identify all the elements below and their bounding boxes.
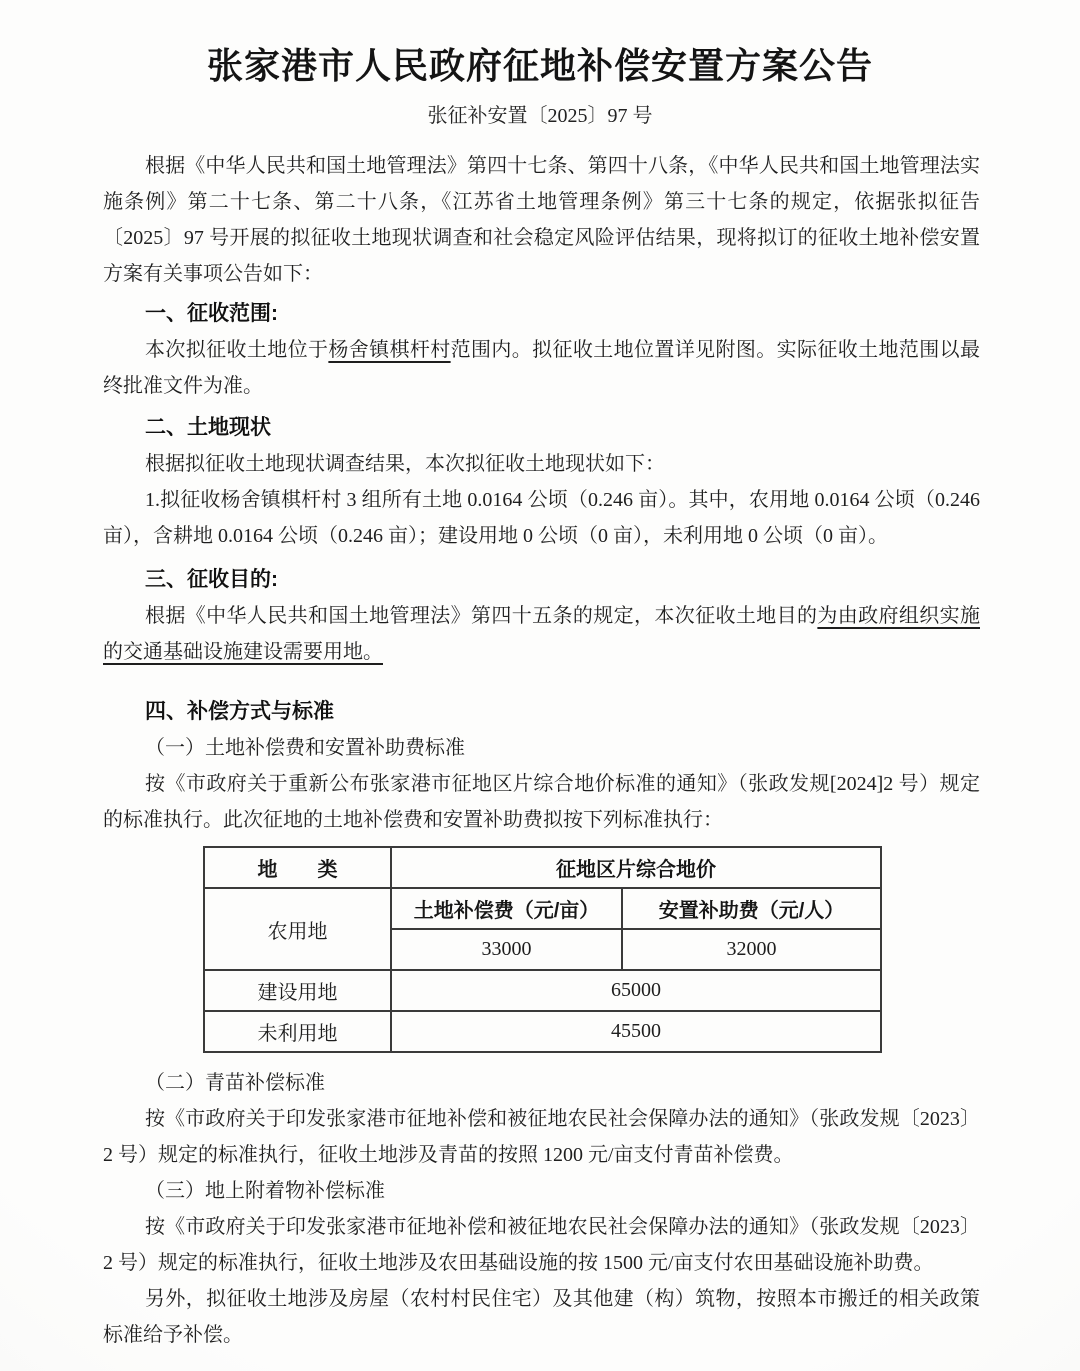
section-2-heading: 二、土地现状 [103, 410, 980, 446]
text-run: 本次拟征收土地位于 [145, 339, 328, 361]
subsection-1-paragraph: 按《市政府关于重新公布张家港市征地区片综合地价标准的通知》（张政发规[2024]… [103, 766, 980, 838]
subsection-3-paragraph: 按《市政府关于印发张家港市征地补偿和被征地农民社会保障办法的通知》（张政发规〔2… [103, 1209, 980, 1281]
section-3-heading: 三、征收目的: [103, 562, 980, 598]
construction-land-label-cell: 建设用地 [204, 970, 391, 1011]
resettlement-subsidy-header-cell: 安置补助费（元/人） [622, 888, 881, 929]
agricultural-resettlement-subsidy-value: 32000 [622, 929, 881, 970]
table-subheader-row: 农用地 土地补偿费（元/亩） 安置补助费（元/人） [204, 888, 881, 929]
document-body: 根据《中华人民共和国土地管理法》第四十七条、第四十八条，《中华人民共和国土地管理… [0, 148, 1080, 1353]
section-4-heading: 四、补偿方式与标准 [103, 694, 980, 730]
subsection-1-heading: （一）土地补偿费和安置补助费标准 [103, 730, 980, 766]
section-2-paragraph-1: 根据拟征收土地现状调查结果，本次拟征收土地现状如下： [103, 446, 980, 482]
subsection-3-heading: （三）地上附着物补偿标准 [103, 1173, 980, 1209]
unused-land-value: 45500 [391, 1011, 881, 1052]
subsection-3-paragraph-2: 另外，拟征收土地涉及房屋（农村村民住宅）及其他建（构）筑物，按照本市搬迁的相关政… [103, 1281, 980, 1353]
unused-land-row: 未利用地 45500 [204, 1011, 881, 1052]
document-page: 张家港市人民政府征地补偿安置方案公告 张征补安置〔2025〕97 号 根据《中华… [0, 0, 1080, 1371]
section-1-paragraph: 本次拟征收土地位于杨舍镇棋杆村范围内。拟征收土地位置详见附图。实际征收土地范围以… [103, 332, 980, 404]
section-1-heading: 一、征收范围: [103, 296, 980, 332]
subsection-2-heading: （二）青苗补偿标准 [103, 1065, 980, 1101]
underlined-village-name: 杨舍镇棋杆村 [328, 339, 450, 361]
compensation-table: 地 类 征地区片综合地价 农用地 土地补偿费（元/亩） 安置补助费（元/人） 3… [203, 846, 882, 1053]
comprehensive-price-header-cell: 征地区片综合地价 [391, 847, 881, 888]
table-header-row: 地 类 征地区片综合地价 [204, 847, 881, 888]
construction-land-value: 65000 [391, 970, 881, 1011]
subsection-2-paragraph: 按《市政府关于印发张家港市征地补偿和被征地农民社会保障办法的通知》（张政发规〔2… [103, 1101, 980, 1173]
construction-land-row: 建设用地 65000 [204, 970, 881, 1011]
text-run: 根据《中华人民共和国土地管理法》第四十五条的规定，本次征收土地目的 [145, 605, 817, 627]
land-category-header-cell: 地 类 [204, 847, 391, 888]
document-number: 张征补安置〔2025〕97 号 [0, 102, 1080, 130]
intro-paragraph: 根据《中华人民共和国土地管理法》第四十七条、第四十八条，《中华人民共和国土地管理… [103, 148, 980, 292]
agricultural-land-label-cell: 农用地 [204, 888, 391, 970]
unused-land-label-cell: 未利用地 [204, 1011, 391, 1052]
document-title: 张家港市人民政府征地补偿安置方案公告 [0, 42, 1080, 90]
agricultural-land-compensation-value: 33000 [391, 929, 622, 970]
section-3-paragraph: 根据《中华人民共和国土地管理法》第四十五条的规定，本次征收土地目的为由政府组织实… [103, 598, 980, 670]
land-compensation-header-cell: 土地补偿费（元/亩） [391, 888, 622, 929]
section-2-paragraph-2: 1.拟征收杨舍镇棋杆村 3 组所有土地 0.0164 公顷（0.246 亩）。其… [103, 482, 980, 554]
